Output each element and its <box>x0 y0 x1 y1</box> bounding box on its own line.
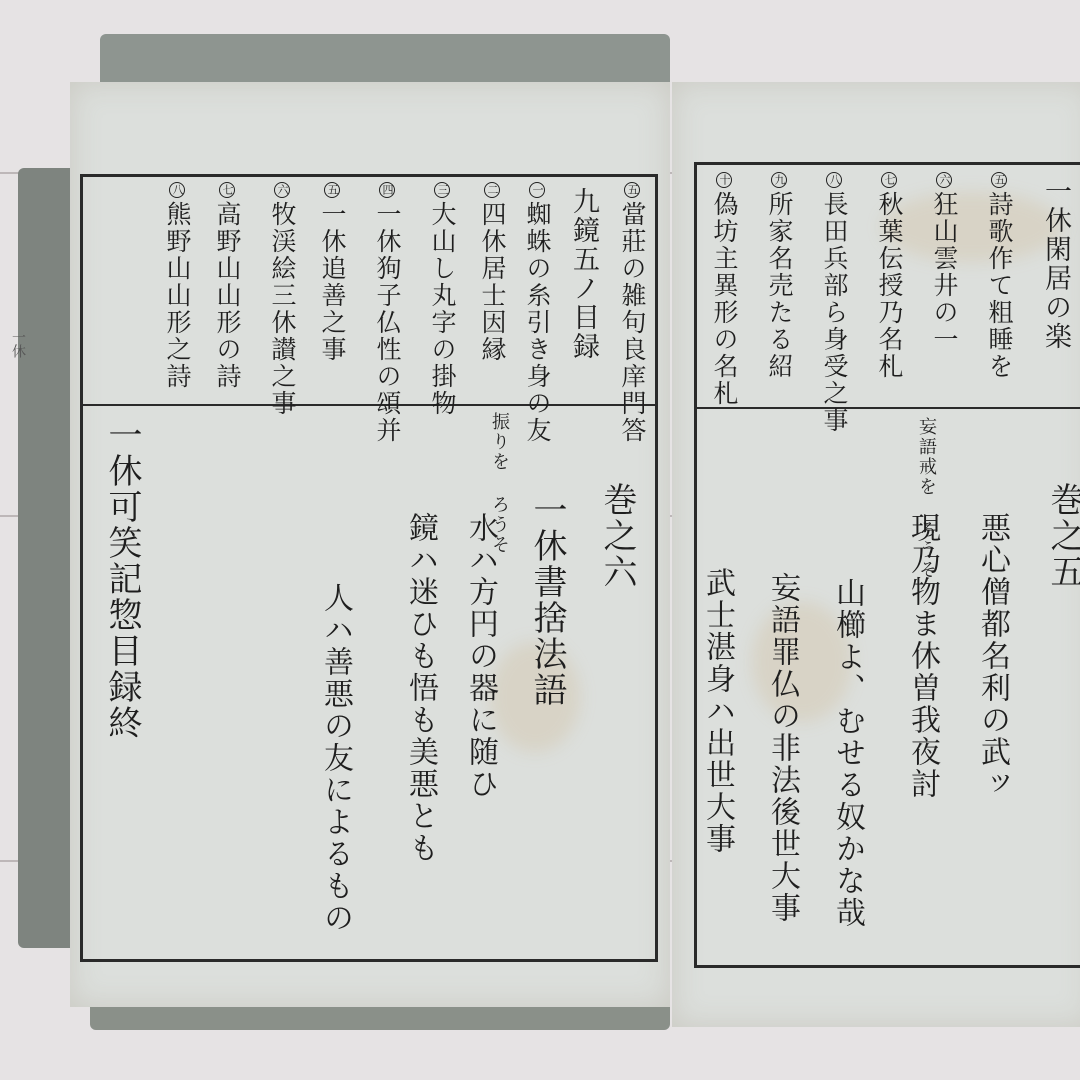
left-toc-section-title: 九鏡五ノ目録 <box>570 187 597 361</box>
toc-item: 六牧渓絵三休讃之事 <box>270 182 295 417</box>
left-volume-title: 巻之六 <box>600 482 634 590</box>
toc-item: 七高野山山形の詩 <box>215 182 240 390</box>
left-text-line: 鏡ハ迷ひも悟も美悪とも <box>405 512 435 864</box>
foxing-stain <box>882 192 1062 262</box>
toc-item: 三大山し丸字の掛物 <box>430 182 455 417</box>
left-chapter-title: 一休書捨法語 <box>530 492 564 708</box>
right-text-line: 武士湛身ハ出世大事 <box>702 567 732 855</box>
toc-item: 十偽坊主異形の名札 <box>712 172 737 407</box>
toc-item: 五一休追善之事 <box>320 182 345 363</box>
toc-item: 四一休狗子仏性の頌并 <box>375 182 400 444</box>
left-text-line: 水ハ方円の器に随ひ <box>465 512 495 800</box>
toc-item: 一蜘蛛の糸引き身の友 <box>525 182 550 444</box>
right-page: 一休閑居の楽 五詩歌作て粗睡を 六狂山雲井の一 七秋葉伝授乃名札 八長田兵部ら身… <box>672 82 1080 1027</box>
right-volume-title: 巻之五 <box>1047 482 1080 590</box>
toc-item: 八長田兵部ら身受之事 <box>822 172 847 434</box>
toc-item: 九所家名売たる紹 <box>767 172 792 380</box>
toc-item: 八熊野山山形之詩 <box>165 182 190 390</box>
left-toc-header: 五當莊の雑句良庠門答 <box>620 182 645 444</box>
left-page: 五當莊の雑句良庠門答 九鏡五ノ目録 一蜘蛛の糸引き身の友 二四休居士因縁 三大山… <box>70 82 670 1007</box>
left-text-line: 人ハ善悪の友によるもの <box>320 582 350 934</box>
toc-item: 七秋葉伝授乃名札 <box>877 172 902 380</box>
left-closing-title: 一休可笑記惣目録終 <box>105 417 139 741</box>
right-toc-header: 一休閑居の楽 <box>1042 177 1069 351</box>
toc-item: 五詩歌作て粗睡を <box>987 172 1012 380</box>
right-toc-divider <box>694 407 1080 409</box>
right-text-line: 現乃物ま休曽我夜討 <box>907 512 937 800</box>
toc-item: 二四休居士因縁 <box>480 182 505 363</box>
right-text-line: 悪心僧都名利の武ッ <box>977 512 1007 800</box>
right-text-line: 山櫛よ、むせる奴かな哉 <box>832 577 862 929</box>
toc-item: 六狂山雲井の一 <box>932 172 957 353</box>
spine-label: 一休 <box>8 330 28 358</box>
left-toc-divider <box>80 404 656 406</box>
right-text-line: 妄語罪仏の非法後世大事 <box>767 572 797 924</box>
